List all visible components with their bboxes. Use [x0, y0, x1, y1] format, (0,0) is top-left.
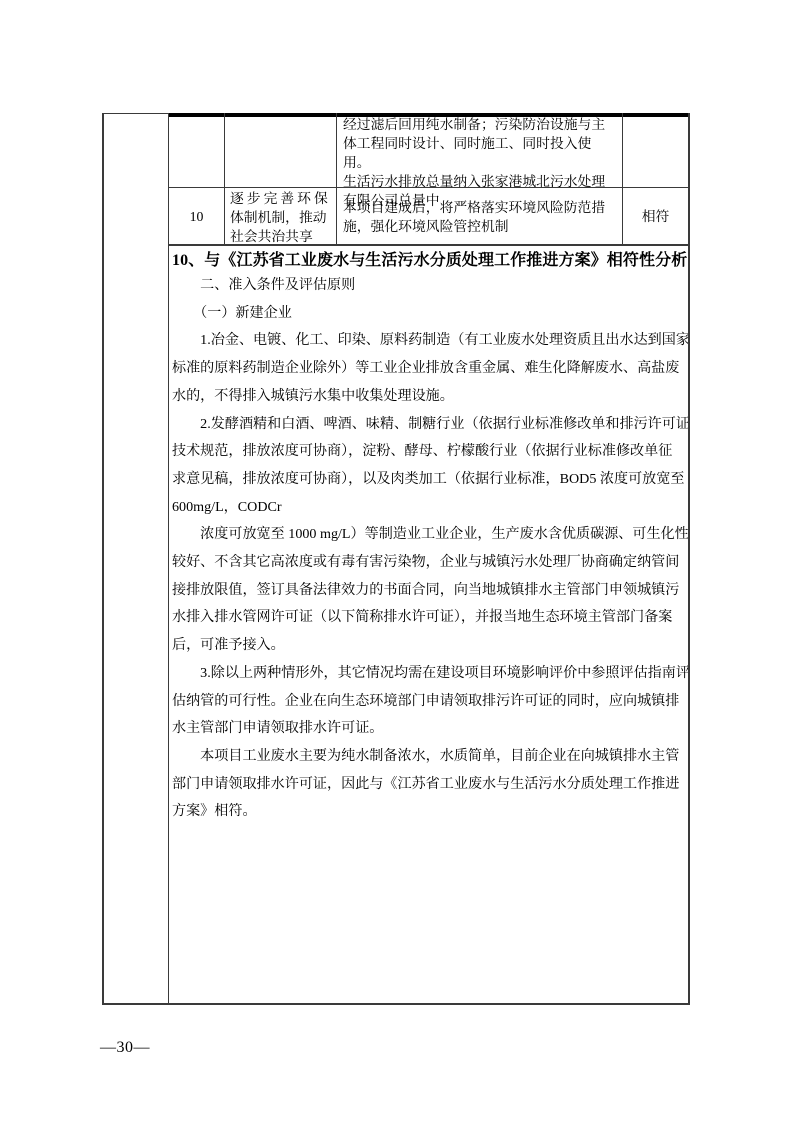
measure-cell-empty [225, 113, 337, 187]
table-row-10: 10 逐步完善环保 体制机制，推动 社会共治共享 本项目建成后，将严格落实环境风… [169, 188, 688, 246]
measure-cell: 逐步完善环保 体制机制，推动 社会共治共享 [225, 188, 337, 244]
requirement-cell: 本项目建成后，将严格落实环境风险防范措 施，强化环境风险管控机制 [337, 188, 623, 244]
requirement-text: 本项目建成后，将严格落实环境风险防范措 施，强化环境风险管控机制 [343, 198, 605, 236]
body-line: 水主管部门申请领取排水许可证。 [172, 715, 688, 743]
conclusion-cell-empty [623, 113, 688, 187]
body-line: 后，可准予接入。 [172, 632, 688, 660]
measure-line: 社会共治共享 [230, 227, 331, 246]
body-line: 求意见稿，排放浓度可协商），以及肉类加工（依据行业标准，BOD5 浓度可放宽至 [172, 466, 688, 494]
row-index: 10 [169, 188, 225, 244]
measure-line: 逐步完善环保 [230, 189, 331, 208]
body-line: 较好、不含其它高浓度或有毒有害污染物，企业与城镇污水处理厂协商确定纳管间 [172, 549, 688, 577]
body-line: （一）新建企业 [172, 300, 688, 328]
body-line: 标准的原料药制造企业除外）等工业企业排放含重金属、难生化降解废水、高盐废 [172, 355, 688, 383]
table-row-continued: 经过滤后回用纯水制备；污染防治设施与主 体工程同时设计、同时施工、同时投入使用。… [169, 113, 688, 188]
body-line: 接排放限值，签订具备法律效力的书面合同，向当地城镇排水主管部门申领城镇污 [172, 577, 688, 605]
body-line: 部门申请领取排水许可证，因此与《江苏省工业废水与生活污水分质处理工作推进 [172, 771, 688, 799]
compliance-table: 经过滤后回用纯水制备；污染防治设施与主 体工程同时设计、同时施工、同时投入使用。… [102, 113, 690, 1005]
body-line: 1.冶金、电镀、化工、印染、原料药制造（有工业废水处理资质且出水达到国家 [172, 327, 688, 355]
body-line: 2.发酵酒精和白酒、啤酒、味精、制糖行业（依据行业标准修改单和排污许可证 [172, 411, 688, 439]
document-page: 经过滤后回用纯水制备；污染防治设施与主 体工程同时设计、同时施工、同时投入使用。… [0, 0, 793, 1122]
body-line: 二、准入条件及评估原则 [172, 272, 688, 300]
body-line: 浓度可放宽至 1000 mg/L）等制造业工业企业，生产废水含优质碳源、可生化性 [172, 521, 688, 549]
body-line: 水的，不得排入城镇污水集中收集处理设施。 [172, 383, 688, 411]
row-index-cell-empty [169, 113, 225, 187]
body-line: 3.除以上两种情形外，其它情况均需在建设项目环境影响评价中参照评估指南评 [172, 660, 688, 688]
body-line: 估纳管的可行性。企业在向生态环境部门申请领取排污许可证的同时，应向城镇排 [172, 688, 688, 716]
section-heading: 10、与《江苏省工业废水与生活污水分质处理工作推进方案》相符性分析 [169, 246, 688, 272]
measure-line: 体制机制，推动 [230, 208, 331, 227]
page-number: —30— [100, 1038, 150, 1058]
body-line: 本项目工业废水主要为纯水制备浓水，水质简单，目前企业在向城镇排水主管 [172, 743, 688, 771]
table-content-area: 经过滤后回用纯水制备；污染防治设施与主 体工程同时设计、同时施工、同时投入使用。… [169, 113, 688, 1003]
section-body: 二、准入条件及评估原则 （一）新建企业 1.冶金、电镀、化工、印染、原料药制造（… [169, 272, 688, 826]
conclusion-value: 相符 [623, 188, 688, 244]
table-top-border-thin [104, 113, 168, 114]
body-line: 方案》相符。 [172, 798, 688, 826]
body-line: 600mg/L，CODCr [172, 494, 688, 522]
body-line: 水排入排水管网许可证（以下简称排水许可证），并报当地生态环境主管部门备案 [172, 604, 688, 632]
body-line: 技术规范，排放浓度可协商），淀粉、酵母、柠檬酸行业（依据行业标准修改单征 [172, 438, 688, 466]
requirement-text-continued: 经过滤后回用纯水制备；污染防治设施与主 体工程同时设计、同时施工、同时投入使用。… [337, 113, 623, 187]
